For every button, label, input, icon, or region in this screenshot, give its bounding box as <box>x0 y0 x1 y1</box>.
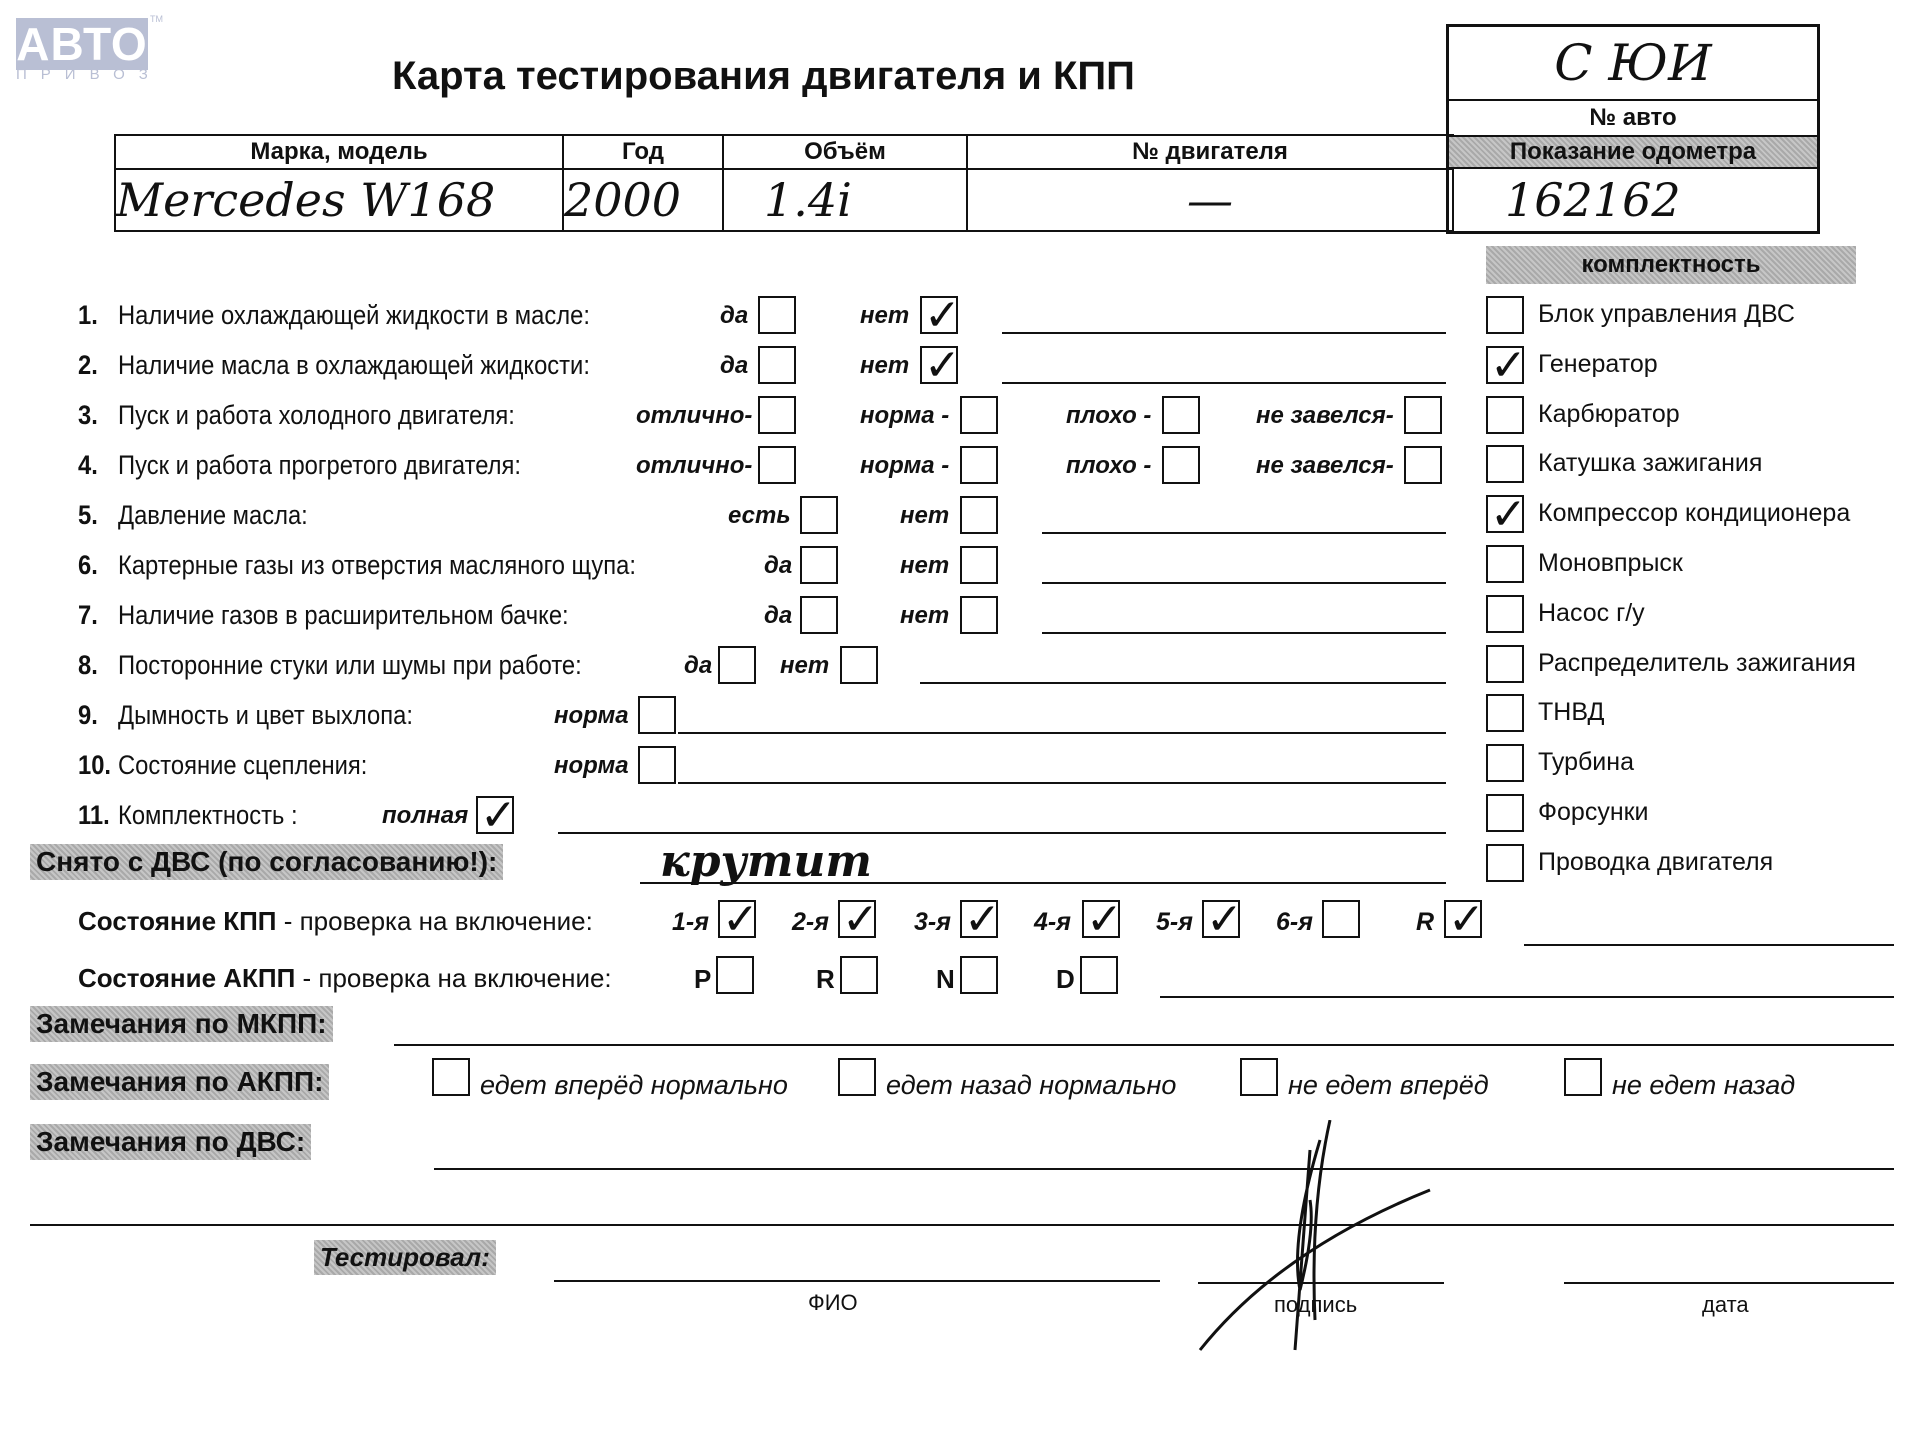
option-label: плохо - <box>1066 452 1151 480</box>
logo-trademark: TM <box>150 14 163 24</box>
completeness-checkbox[interactable] <box>1486 396 1524 434</box>
gear-label: 6-я <box>1276 908 1313 937</box>
tested-by-label: Тестировал: <box>314 1240 496 1275</box>
akpp-label: Состояние АКПП - проверка на включение: <box>78 963 612 994</box>
completeness-item-label: Проводка двигателя <box>1538 848 1773 877</box>
question-number: 7. <box>78 600 98 631</box>
option-label: норма <box>554 752 629 780</box>
mkpp-remarks-label: Замечания по МКПП: <box>30 1006 333 1042</box>
option-checkbox[interactable] <box>758 446 796 484</box>
akpp-remark-label: едет назад нормально <box>886 1070 1176 1101</box>
option-label: норма - <box>860 402 949 430</box>
option-label: да <box>764 552 792 580</box>
gear-checkbox[interactable] <box>960 900 998 938</box>
option-label: отлично- <box>636 402 752 430</box>
fio-caption: ФИО <box>808 1290 858 1316</box>
signature-scribble-icon <box>1190 1120 1450 1360</box>
completeness-item-label: Форсунки <box>1538 798 1649 827</box>
option-checkbox[interactable] <box>1404 446 1442 484</box>
header-volume: Объём <box>723 135 967 169</box>
question-text: Дымность и цвет выхлопа: <box>118 700 413 731</box>
question-text: Давление масла: <box>118 500 308 531</box>
option-checkbox[interactable] <box>800 596 838 634</box>
option-label: не завелся- <box>1256 402 1394 430</box>
completeness-checkbox[interactable] <box>1486 694 1524 732</box>
option-label: норма <box>554 702 629 730</box>
completeness-item-label: Карбюратор <box>1538 400 1680 429</box>
option-checkbox[interactable] <box>758 396 796 434</box>
completeness-item-label: Компрессор кондиционера <box>1538 499 1850 528</box>
option-checkbox[interactable] <box>1404 396 1442 434</box>
gear-label: 5-я <box>1156 908 1193 937</box>
dvs-remarks-line-2[interactable] <box>30 1224 1894 1226</box>
question-notes-line[interactable] <box>1002 382 1446 384</box>
odometer-label: Показание одометра <box>1449 137 1817 169</box>
akpp-mode-checkbox[interactable] <box>716 956 754 994</box>
removed-from-engine-label: Снято с ДВС (по согласованию!): <box>30 844 503 880</box>
question-text: Посторонние стуки или шумы при работе: <box>118 650 582 681</box>
option-checkbox[interactable] <box>638 746 676 784</box>
question-number: 4. <box>78 450 98 481</box>
vehicle-table: Марка, модель Год Объём № двигателя Merc… <box>114 134 1454 232</box>
option-checkbox[interactable] <box>718 646 756 684</box>
vehicle-id-box: С ЮИ № авто Показание одометра 162162 <box>1446 24 1820 234</box>
kpp-notes-line <box>1524 944 1894 946</box>
option-label: нет <box>860 302 909 330</box>
date-line[interactable] <box>1564 1282 1894 1284</box>
question-notes-line[interactable] <box>678 782 1446 784</box>
akpp-notes-line <box>1160 996 1894 998</box>
volume-field[interactable]: 1.4i <box>723 169 967 231</box>
question-number: 8. <box>78 650 98 681</box>
option-checkbox[interactable] <box>1162 446 1200 484</box>
akpp-remark-label: не едет вперёд <box>1288 1070 1489 1101</box>
akpp-remark-label: едет вперёд нормально <box>480 1070 788 1101</box>
question-text: Наличие газов в расширительном бачке: <box>118 600 569 631</box>
completeness-checkbox[interactable] <box>1486 844 1524 882</box>
option-checkbox[interactable] <box>960 496 998 534</box>
option-checkbox[interactable] <box>960 546 998 584</box>
akpp-remarks-label: Замечания по АКПП: <box>30 1064 329 1100</box>
completeness-checkbox[interactable] <box>1486 645 1524 683</box>
option-checkbox[interactable] <box>920 346 958 384</box>
question-notes-line[interactable] <box>558 832 1446 834</box>
date-caption: дата <box>1702 1292 1749 1318</box>
akpp-remark-checkbox[interactable] <box>1240 1058 1278 1096</box>
question-number: 11. <box>78 800 110 831</box>
gear-label: 4-я <box>1034 908 1071 937</box>
gear-label: 2-я <box>792 908 829 937</box>
question-notes-line[interactable] <box>1042 632 1446 634</box>
question-notes-line[interactable] <box>920 682 1446 684</box>
plate-number-field[interactable]: С ЮИ <box>1449 27 1817 101</box>
akpp-remark-label: не едет назад <box>1612 1070 1795 1101</box>
option-checkbox[interactable] <box>476 796 514 834</box>
question-number: 10. <box>78 750 111 781</box>
header-year: Год <box>563 135 723 169</box>
completeness-item-label: Катушка зажигания <box>1538 449 1762 478</box>
question-text: Пуск и работа холодного двигателя: <box>118 400 515 431</box>
question-number: 3. <box>78 400 98 431</box>
question-notes-line[interactable] <box>1042 532 1446 534</box>
option-label: не завелся- <box>1256 452 1394 480</box>
option-checkbox[interactable] <box>840 646 878 684</box>
akpp-mode-label: R <box>816 964 835 995</box>
plate-number-label: № авто <box>1449 101 1817 137</box>
gear-checkbox[interactable] <box>1082 900 1120 938</box>
completeness-checkbox[interactable] <box>1486 346 1524 384</box>
dvs-remarks-line[interactable] <box>434 1168 1894 1170</box>
akpp-remark-checkbox[interactable] <box>838 1058 876 1096</box>
avto-privoz-logo: АВТО <box>16 18 148 70</box>
question-number: 9. <box>78 700 98 731</box>
gear-checkbox[interactable] <box>1444 900 1482 938</box>
completeness-item-label: Насос г/у <box>1538 599 1645 628</box>
completeness-header: комплектность <box>1486 246 1856 284</box>
question-notes-line[interactable] <box>678 732 1446 734</box>
akpp-mode-label: P <box>694 964 711 995</box>
gear-checkbox[interactable] <box>718 900 756 938</box>
completeness-checkbox[interactable] <box>1486 445 1524 483</box>
option-label: да <box>720 302 748 330</box>
completeness-checkbox[interactable] <box>1486 296 1524 334</box>
gear-label: 3-я <box>914 908 951 937</box>
completeness-item-label: Распределитель зажигания <box>1538 649 1856 678</box>
fio-line[interactable] <box>554 1280 1160 1282</box>
header-engine-number: № двигателя <box>967 135 1453 169</box>
completeness-item-label: Турбина <box>1538 748 1634 777</box>
option-label: нет <box>780 652 829 680</box>
question-number: 1. <box>78 300 98 331</box>
question-text: Картерные газы из отверстия масляного щу… <box>118 550 636 581</box>
option-checkbox[interactable] <box>758 346 796 384</box>
question-number: 6. <box>78 550 98 581</box>
completeness-checkbox[interactable] <box>1486 595 1524 633</box>
akpp-mode-checkbox[interactable] <box>1080 956 1118 994</box>
option-label: нет <box>900 502 949 530</box>
option-label: полная <box>382 802 468 830</box>
page-title: Карта тестирования двигателя и КПП <box>392 54 1135 99</box>
akpp-mode-label: N <box>936 964 955 995</box>
akpp-remark-checkbox[interactable] <box>1564 1058 1602 1096</box>
gear-checkbox[interactable] <box>1322 900 1360 938</box>
gear-label: 1-я <box>672 908 709 937</box>
removed-from-engine-value[interactable]: крутит <box>660 836 872 887</box>
dvs-remarks-label: Замечания по ДВС: <box>30 1124 311 1160</box>
gear-checkbox[interactable] <box>838 900 876 938</box>
kpp-label: Состояние КПП - проверка на включение: <box>78 906 593 937</box>
gear-label: R <box>1416 908 1434 937</box>
question-text: Наличие масла в охлаждающей жидкости: <box>118 350 590 381</box>
question-text: Наличие охлаждающей жидкости в масле: <box>118 300 590 331</box>
option-checkbox[interactable] <box>1162 396 1200 434</box>
option-label: нет <box>900 552 949 580</box>
question-number: 2. <box>78 350 98 381</box>
odometer-field[interactable]: 162162 <box>1449 169 1817 231</box>
option-label: плохо - <box>1066 402 1151 430</box>
question-number: 5. <box>78 500 98 531</box>
akpp-mode-checkbox[interactable] <box>960 956 998 994</box>
option-label: да <box>764 602 792 630</box>
akpp-mode-label: D <box>1056 964 1075 995</box>
option-checkbox[interactable] <box>758 296 796 334</box>
option-checkbox[interactable] <box>960 396 998 434</box>
engine-number-field[interactable]: — <box>967 169 1453 231</box>
make-model-field[interactable]: Mercedes W168 <box>115 169 563 231</box>
completeness-item-label: ТНВД <box>1538 698 1604 727</box>
option-label: отлично- <box>636 452 752 480</box>
option-label: нет <box>900 602 949 630</box>
year-field[interactable]: 2000 <box>563 169 723 231</box>
removed-from-engine-line <box>640 882 1446 884</box>
question-notes-line[interactable] <box>1042 582 1446 584</box>
option-checkbox[interactable] <box>920 296 958 334</box>
question-text: Комплектность : <box>118 800 298 831</box>
question-text: Пуск и работа прогретого двигателя: <box>118 450 521 481</box>
completeness-item-label: Моновпрыск <box>1538 549 1683 578</box>
completeness-checkbox[interactable] <box>1486 794 1524 832</box>
completeness-checkbox[interactable] <box>1486 744 1524 782</box>
option-label: норма - <box>860 452 949 480</box>
option-checkbox[interactable] <box>800 496 838 534</box>
question-notes-line[interactable] <box>1002 332 1446 334</box>
option-label: да <box>684 652 712 680</box>
akpp-remark-checkbox[interactable] <box>432 1058 470 1096</box>
option-label: да <box>720 352 748 380</box>
header-make-model: Марка, модель <box>115 135 563 169</box>
option-label: есть <box>728 502 791 530</box>
akpp-mode-checkbox[interactable] <box>840 956 878 994</box>
completeness-checkbox[interactable] <box>1486 545 1524 583</box>
option-checkbox[interactable] <box>960 596 998 634</box>
logo-subtitle: ПРИВОЗ <box>16 66 156 83</box>
option-label: нет <box>860 352 909 380</box>
option-checkbox[interactable] <box>638 696 676 734</box>
completeness-checkbox[interactable] <box>1486 495 1524 533</box>
gear-checkbox[interactable] <box>1202 900 1240 938</box>
question-text: Состояние сцепления: <box>118 750 367 781</box>
completeness-item-label: Генератор <box>1538 350 1658 379</box>
completeness-item-label: Блок управления ДВС <box>1538 300 1795 329</box>
option-checkbox[interactable] <box>960 446 998 484</box>
mkpp-remarks-line[interactable] <box>394 1044 1894 1046</box>
option-checkbox[interactable] <box>800 546 838 584</box>
